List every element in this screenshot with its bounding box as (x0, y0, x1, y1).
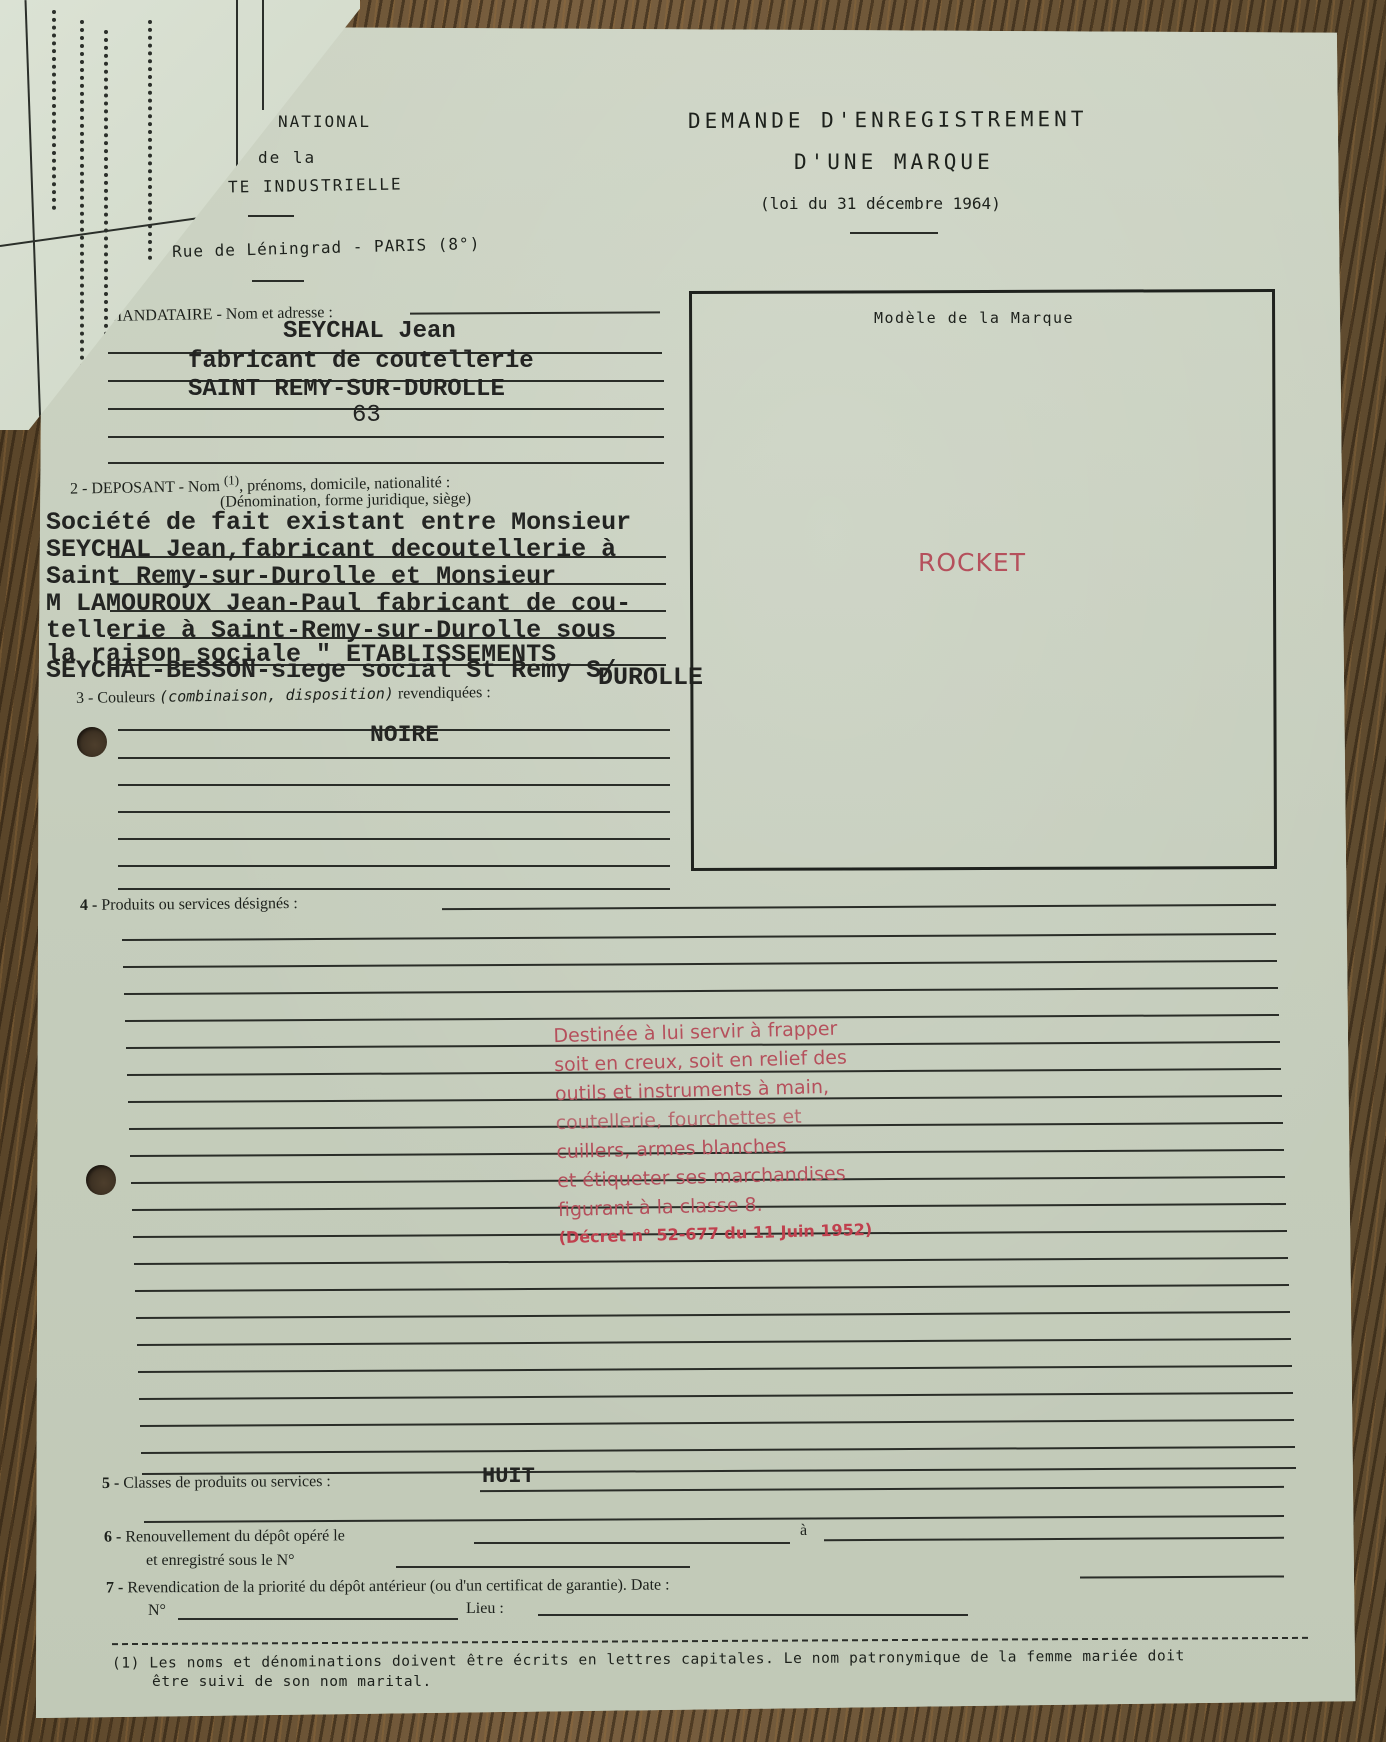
footnote-line2: être suivi de son nom marital. (152, 1674, 432, 1690)
institute-name: NATIONAL (278, 112, 371, 131)
priority-place-label: Lieu : (466, 1600, 504, 1618)
section-number: 4 - (80, 897, 97, 914)
field-line[interactable] (108, 462, 664, 464)
priority-label: 7 - Revendication de la priorité du dépô… (106, 1577, 670, 1598)
priority-label-text: Revendication de la priorité du dépôt an… (127, 1577, 669, 1597)
field-line[interactable] (118, 757, 670, 759)
fold-rule (262, 0, 264, 110)
punch-hole (86, 1165, 116, 1195)
renouvellement-label: 6 - Renouvellement du dépôt opéré le (104, 1527, 345, 1546)
registration-no-field[interactable] (396, 1566, 690, 1568)
section-number: 7 - (106, 1579, 123, 1596)
section-number: 6 - (104, 1529, 121, 1546)
institute-de-la: de la (258, 148, 316, 167)
deposant-line: DUROLLE (598, 663, 703, 692)
field-line[interactable] (118, 838, 670, 840)
model-box[interactable] (689, 289, 1277, 871)
produits-label-text: Produits ou services désignés : (101, 895, 298, 914)
institute-property: TE INDUSTRIELLE (228, 174, 403, 196)
header-divider (248, 215, 294, 217)
priority-no-field[interactable] (178, 1618, 458, 1620)
section-number: 3 - (76, 690, 94, 707)
field-line[interactable] (118, 784, 670, 786)
classes-value: HUIT (482, 1464, 535, 1489)
field-line[interactable] (118, 811, 670, 813)
renouvellement-label-text: Renouvellement du dépôt opéré le (125, 1527, 345, 1545)
fold-dots (52, 10, 60, 210)
footnote-marker: (1) (112, 1656, 140, 1672)
form-law-reference: (loi du 31 décembre 1964) (760, 194, 1001, 213)
form-title: DEMANDE D'ENREGISTREMENT (688, 107, 1088, 133)
fold-dots (104, 30, 112, 360)
field-line[interactable] (108, 408, 664, 410)
field-line[interactable] (118, 865, 670, 867)
couleurs-label-text: Couleurs (97, 689, 155, 707)
classes-label-text: Classes de produits ou services : (123, 1473, 331, 1492)
mandataire-name: SEYCHAL Jean (283, 318, 456, 345)
document-photo: NATIONAL de la TE INDUSTRIELLE Rue de Lé… (0, 0, 1386, 1742)
couleurs-label-italic: (combinaison, disposition) (159, 684, 394, 705)
produits-label: 4 - Produits ou services désignés : (80, 895, 298, 915)
registration-no-label: et enregistré sous le N° (146, 1552, 295, 1570)
fold-dots (148, 20, 156, 260)
couleurs-label-rest: revendiquées : (398, 684, 491, 702)
renewal-date-field[interactable] (474, 1542, 790, 1544)
priority-place-field[interactable] (538, 1614, 968, 1616)
fold-rule (24, 0, 41, 430)
couleurs-value: NOIRE (370, 722, 439, 748)
mandataire-department: 63 (352, 402, 381, 429)
field-line[interactable] (108, 436, 664, 438)
model-box-title: Modèle de la Marque (874, 309, 1074, 327)
fold-dots (80, 20, 88, 400)
mandataire-town: SAINT REMY-SUR-DUROLLE (188, 376, 505, 403)
form-sheet (36, 26, 1358, 1718)
deposant-line: M LAMOUROUX Jean-Paul fabricant de cou- (46, 589, 631, 618)
footnote-ref: (1) (224, 472, 239, 487)
deposant-line: Saint Remy-sur-Durolle et Monsieur (46, 562, 556, 591)
deposant-label-text: DEPOSANT - Nom (91, 478, 220, 497)
trademark-word: ROCKET (918, 548, 1026, 577)
renewal-at-label: à (800, 1522, 807, 1540)
product-description-stamp: Destinée à lui servir à frapper soit en … (553, 1014, 872, 1251)
deposant-line: SEYCHAL Jean,fabricant decoutellerie à (46, 535, 616, 564)
title-divider (850, 232, 938, 234)
section-number: 5 - (102, 1475, 119, 1492)
section-number: 2 - (70, 480, 88, 497)
priority-no-label: N° (148, 1602, 166, 1620)
header-divider (252, 280, 304, 282)
field-line[interactable] (118, 888, 670, 890)
punch-hole (77, 727, 107, 757)
deposant-line: SEYCHAL-BESSON-siege social St Remy S/ (46, 656, 616, 685)
deposant-line: Société de fait existant entre Monsieur (46, 508, 631, 537)
classes-label: 5 - Classes de produits ou services : (102, 1473, 331, 1493)
form-subtitle: D'UNE MARQUE (794, 150, 994, 174)
mandataire-occupation: fabricant de coutellerie (188, 348, 534, 375)
